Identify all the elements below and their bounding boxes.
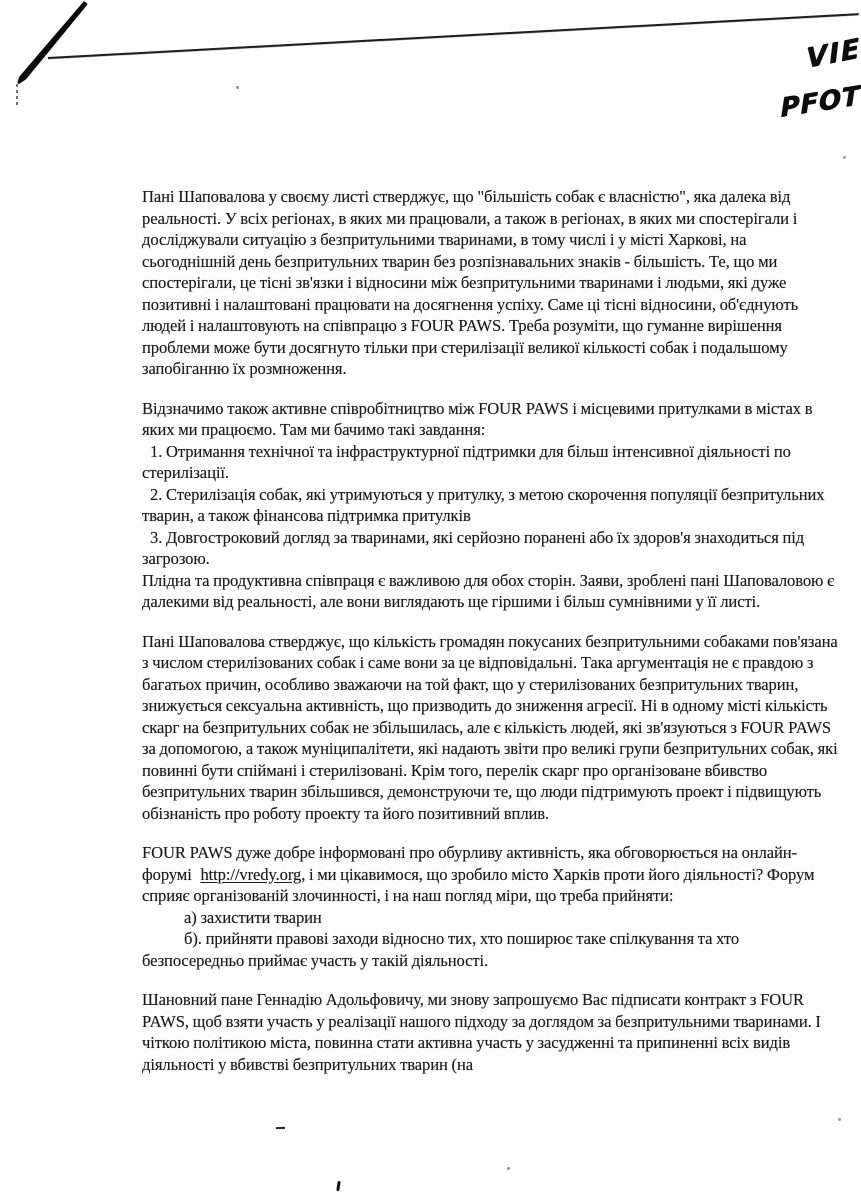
handwritten-note-pfoten: PFOTEN	[780, 74, 861, 123]
scan-speck	[236, 86, 239, 89]
scan-speck	[843, 156, 846, 159]
scan-artifact-diagonal-pen-stroke	[15, 0, 88, 86]
paragraph-complaints-argument: Пані Шаповалова стверджує, що кількість …	[142, 631, 839, 825]
paragraph-forum-activity: FOUR PAWS дуже добре інформовані про обу…	[142, 842, 839, 971]
paragraph-ownership-claim: Пані Шаповалова у своєму листі стверджує…	[142, 186, 839, 380]
forum-activity-text: FOUR PAWS дуже добре інформовані про обу…	[142, 842, 839, 907]
scanned-document-page: VIER PFOTEN Пані Шаповалова у своєму лис…	[0, 0, 861, 1200]
scan-artifact-edge-mark	[16, 84, 18, 106]
scan-speck	[838, 1118, 841, 1121]
paragraph-contract-invitation: Шановний пане Геннадію Адольфовичу, ми з…	[142, 989, 839, 1075]
shelter-cooperation-closing: Плідна та продуктивна співпраця є важлив…	[142, 570, 839, 613]
measure-item-a: а) захистити тварин	[142, 907, 839, 929]
scan-speck	[507, 1167, 510, 1170]
task-item-3: 3. Довгостроковий догляд за тваринами, я…	[142, 527, 839, 570]
handwritten-note-vier: VIER	[806, 28, 861, 74]
vredy-forum-link[interactable]: http://vredy.org	[200, 865, 301, 884]
task-item-2: 2. Стерилізація собак, які утримуються у…	[142, 484, 839, 527]
scan-artifact-horizontal-line	[48, 13, 859, 59]
letter-text-body: Пані Шаповалова у своєму листі стверджує…	[142, 186, 839, 1075]
paragraph-shelter-cooperation: Відзначимо також активне співробітництво…	[142, 398, 839, 613]
scan-artifact-dash-mark	[276, 1127, 285, 1130]
shelter-cooperation-intro: Відзначимо також активне співробітництво…	[142, 398, 839, 441]
measure-item-b: б). прийняти правові заходи відносно тих…	[142, 928, 839, 971]
scan-artifact-tick-mark	[336, 1181, 341, 1191]
task-item-1: 1. Отримання технічної та інфраструктурн…	[142, 441, 839, 484]
